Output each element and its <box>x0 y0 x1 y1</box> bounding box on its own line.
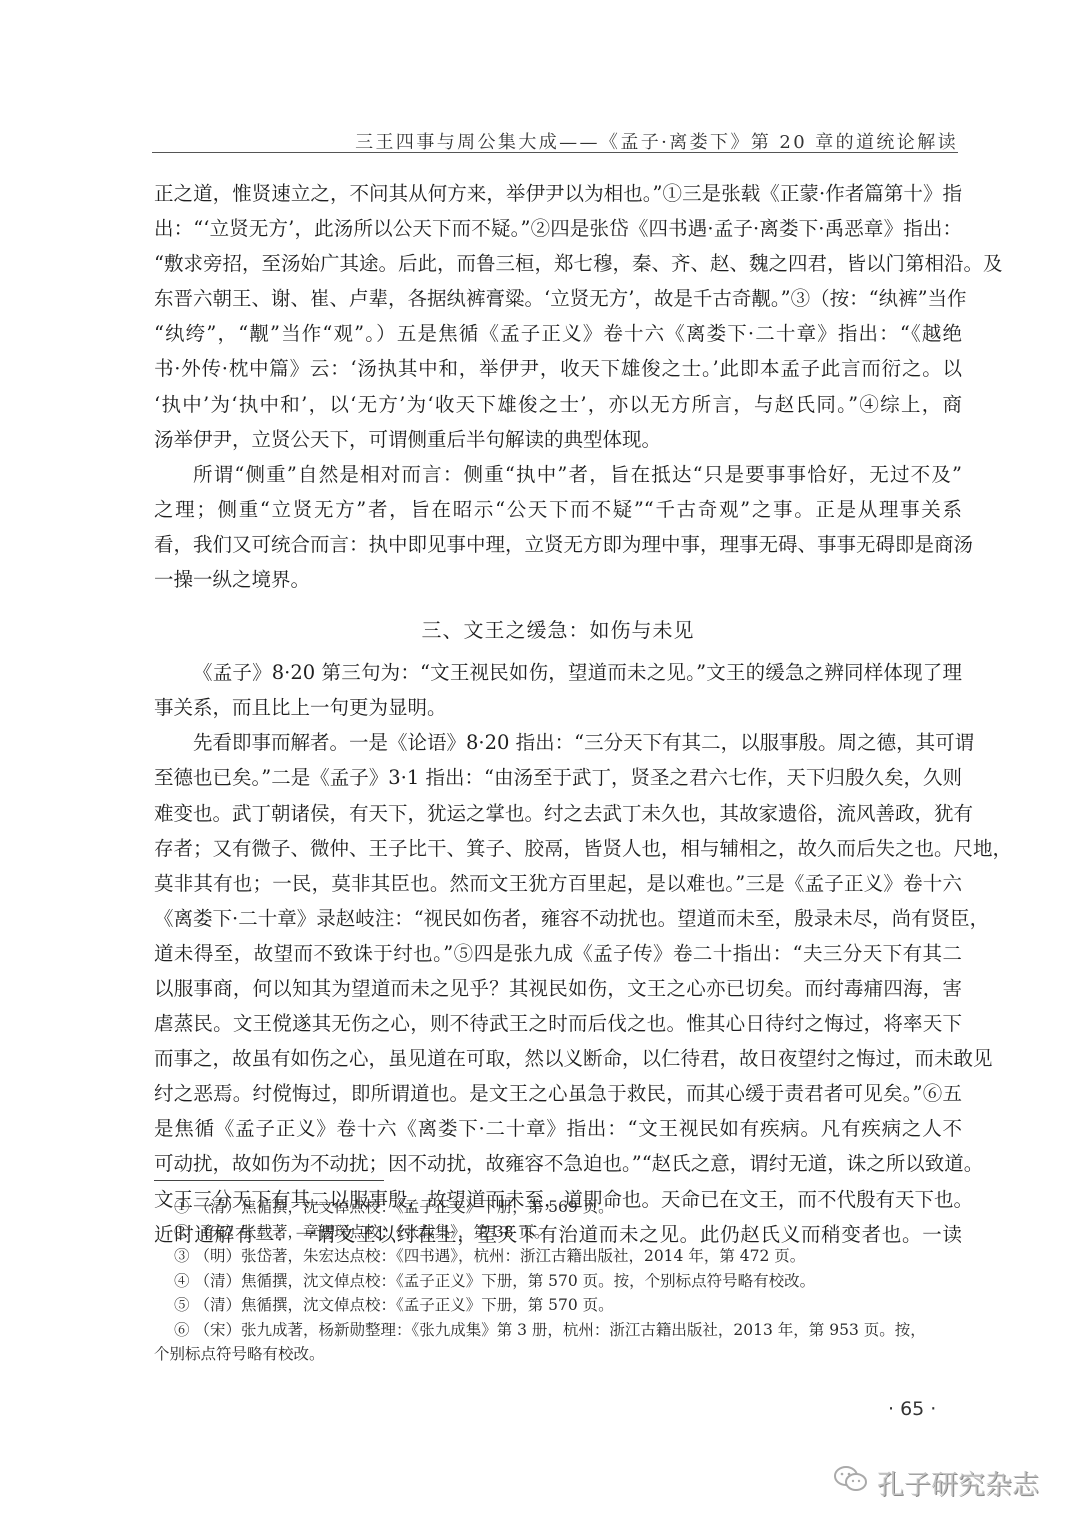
text-line: 存者；又有微子、微仲、王子比干、箕子、胶鬲，皆贤人也，相与辅相之，故久而后失之也… <box>154 831 962 866</box>
text-line: ‘执中’为‘执中和’，以‘无方’为‘收天下雄俊之士’，亦以无方所言，与赵氏同。”… <box>154 387 962 422</box>
text-line: 莫非其有也；一民，莫非其臣也。然而文王犹方百里起，是以难也。”三是《孟子正义》卷… <box>154 866 962 901</box>
footnote-text: （宋）张载著，章锡琛点校：《张载集》，第 38 页。 <box>194 1223 549 1241</box>
text-line: 道未得至，故望而不致诛于纣也。”⑤四是张九成《孟子传》卷二十指出：“夫三分天下有… <box>154 936 962 971</box>
footnote-rule <box>154 1180 384 1181</box>
footnote-mark: ⑥ <box>174 1321 190 1339</box>
text-line: 难变也。武丁朝诸侯，有天下，犹运之掌也。纣之去武丁未久也，其故家遗俗，流风善政，… <box>154 796 962 831</box>
footnote-4: ④ （清）焦循撰，沈文倬点校：《孟子正义》下册，第 570 页。按，个别标点符号… <box>154 1269 962 1294</box>
paragraph-4: 先看即事而解者。一是《论语》8·20 指出：“三分天下有其二，以服事殷。周之德，… <box>154 725 962 1251</box>
page-number: · 65 · <box>888 1398 936 1420</box>
footnote-mark: ② <box>174 1223 190 1241</box>
footnote-text: （清）焦循撰，沈文倬点校：《孟子正义》下册，第 569 页。 <box>194 1198 613 1216</box>
footnote-mark: ① <box>174 1198 190 1216</box>
footnote-3: ③ （明）张岱著，朱宏达点校：《四书遇》，杭州：浙江古籍出版社，2014 年，第… <box>154 1244 962 1269</box>
text-line: 可动扰，故如伤为不动扰；因不动扰，故雍容不急迫也。”“赵氏之意，谓纣无道，诛之所… <box>154 1146 962 1181</box>
text-line: 虐蒸民。文王傥遂其无伤之心，则不待武王之时而后伐之也。惟其心日待纣之悔过，将率天… <box>154 1006 962 1041</box>
header-rule <box>152 152 958 153</box>
text-line: 纣之恶焉。纣傥悔过，即所谓道也。是文王之心虽急于救民，而其心缓于责君者可见矣。”… <box>154 1076 962 1111</box>
text-line: 之理；侧重“立贤无方”者，旨在昭示“公天下而不疑”“千古奇观”之事。正是从理事关… <box>154 492 962 527</box>
text-line: 书·外传·枕中篇》云：‘汤执其中和，举伊尹，收天下雄俊之士。’此即本孟子此言而衍… <box>154 351 962 386</box>
watermark-text: 孔子研究杂志 <box>877 1463 1039 1502</box>
text-line: 汤举伊尹，立贤公天下，可谓侧重后半句解读的典型体现。 <box>154 422 962 457</box>
text-line: 《孟子》8·20 第三句为：“文王视民如伤，望道而未之见。”文王的缓急之辨同样体… <box>154 655 962 690</box>
footnote-mark: ⑤ <box>174 1296 190 1314</box>
text-line: 事关系，而且比上一句更为显明。 <box>154 690 962 725</box>
footnote-mark: ④ <box>174 1272 190 1290</box>
footnote-6: ⑥ （宋）张九成著，杨新勋整理：《张九成集》第 3 册，杭州：浙江古籍出版社，2… <box>154 1318 962 1343</box>
text-line: “纨绔”，“觏”当作“观”。）五是焦循《孟子正义》卷十六《离娄下·二十章》指出：… <box>154 316 962 351</box>
text-line: 至德也已矣。”二是《孟子》3·1 指出：“由汤至于武丁，贤圣之君六七作，天下归殷… <box>154 760 962 795</box>
text-line: 以服事商，何以知其为望道而未之见乎？其视民如伤，文王之心亦已切矣。而纣毒痡四海，… <box>154 971 962 1006</box>
text-line: 《离娄下·二十章》录赵岐注：“视民如伤者，雍容不动扰也。望道而未至，殷录未尽，尚… <box>154 901 962 936</box>
footnote-text: （明）张岱著，朱宏达点校：《四书遇》，杭州：浙江古籍出版社，2014 年，第 4… <box>194 1247 805 1265</box>
footnote-5: ⑤ （清）焦循撰，沈文倬点校：《孟子正义》下册，第 570 页。 <box>154 1293 962 1318</box>
footnote-6-continuation: 个别标点符号略有校改。 <box>154 1342 962 1367</box>
footnote-1: ① （清）焦循撰，沈文倬点校：《孟子正义》下册，第 569 页。 <box>154 1195 962 1220</box>
text-line: 东晋六朝王、谢、崔、卢辈，各据纨裤膏粱。‘立贤无方’，故是千古奇觏。”③（按：“… <box>154 281 962 316</box>
footnote-mark: ③ <box>174 1247 190 1265</box>
text-line: 一操一纵之境界。 <box>154 562 962 597</box>
text-line: 先看即事而解者。一是《论语》8·20 指出：“三分天下有其二，以服事殷。周之德，… <box>154 725 962 760</box>
footnote-text: （清）焦循撰，沈文倬点校：《孟子正义》下册，第 570 页。按，个别标点符号略有… <box>194 1272 815 1290</box>
paragraph-2: 所谓“侧重”自然是相对而言：侧重“执中”者，旨在抵达“只是要事事恰好，无过不及”… <box>154 457 962 597</box>
section-heading: 三、文王之缓急：如伤与未见 <box>154 615 962 645</box>
text-line: 正之道，惟贤速立之，不问其从何方来，举伊尹以为相也。”①三是张载《正蒙·作者篇第… <box>154 176 962 211</box>
watermark: 孔子研究杂志 <box>833 1463 1039 1502</box>
footnotes: ① （清）焦循撰，沈文倬点校：《孟子正义》下册，第 569 页。 ② （宋）张载… <box>154 1195 962 1367</box>
text-line: 而事之，故虽有如伤之心，虽见道在可取，然以义断命，以仁待君，故日夜望纣之悔过，而… <box>154 1041 962 1076</box>
running-header-title: 三王四事与周公集大成——《孟子·离娄下》第 20 章的道统论解读 <box>152 128 958 154</box>
main-body-text: 正之道，惟贤速立之，不问其从何方来，举伊尹以为相也。”①三是张载《正蒙·作者篇第… <box>154 176 962 1252</box>
wechat-icon <box>833 1465 877 1500</box>
text-line: 出：“‘立贤无方’，此汤所以公天下而不疑。”②四是张岱《四书遇·孟子·离娄下·禹… <box>154 211 962 246</box>
text-line: 是焦循《孟子正义》卷十六《离娄下·二十章》指出：“文王视民如有疾病。凡有疾病之人… <box>154 1111 962 1146</box>
footnote-text: （宋）张九成著，杨新勋整理：《张九成集》第 3 册，杭州：浙江古籍出版社，201… <box>194 1321 925 1339</box>
text-line: 所谓“侧重”自然是相对而言：侧重“执中”者，旨在抵达“只是要事事恰好，无过不及” <box>154 457 962 492</box>
paragraph-1: 正之道，惟贤速立之，不问其从何方来，举伊尹以为相也。”①三是张载《正蒙·作者篇第… <box>154 176 962 457</box>
text-line: 看，我们又可统合而言：执中即见事中理，立贤无方即为理中事，理事无碍、事事无碍即是… <box>154 527 962 562</box>
text-line: “敷求旁招，至汤始广其途。后此，而鲁三桓，郑七穆，秦、齐、赵、魏之四君，皆以门第… <box>154 246 962 281</box>
paragraph-3: 《孟子》8·20 第三句为：“文王视民如伤，望道而未之见。”文王的缓急之辨同样体… <box>154 655 962 725</box>
footnote-text: （清）焦循撰，沈文倬点校：《孟子正义》下册，第 570 页。 <box>194 1296 613 1314</box>
footnote-2: ② （宋）张载著，章锡琛点校：《张载集》，第 38 页。 <box>154 1220 962 1245</box>
